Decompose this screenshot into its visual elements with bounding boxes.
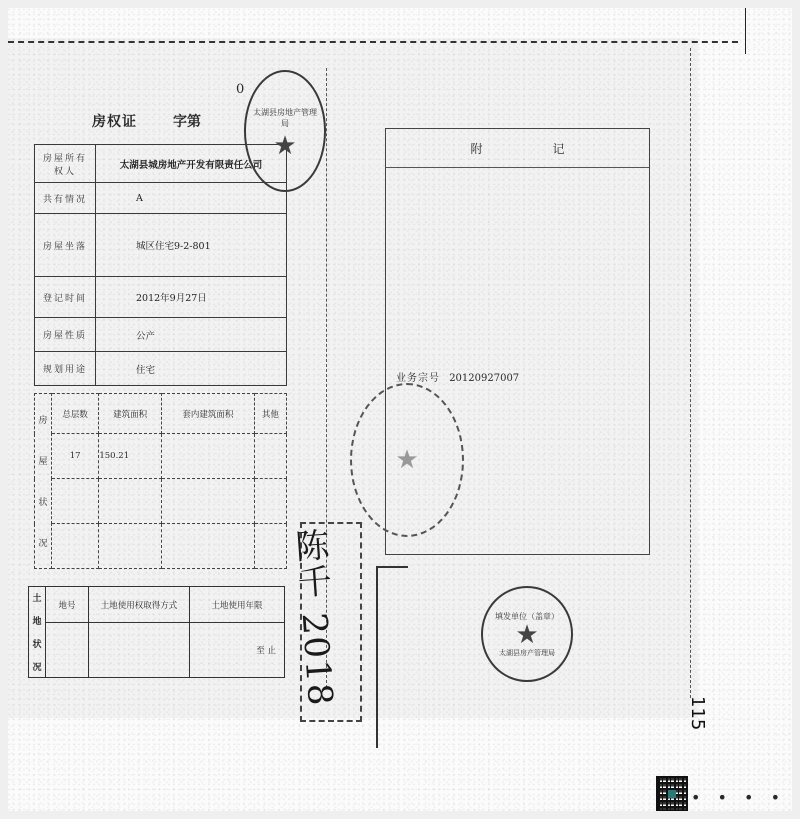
table-row: 房屋坐落 城区住宅9-2-801 [35,214,287,277]
cut-line [8,41,738,43]
property-info-table: 房屋所有权人 太湖县城房地产开发有限责任公司 共有情况 A 房屋坐落 城区住宅9… [34,144,287,386]
field-label: 共有情况 [35,183,96,214]
business-serial: 业务宗号 20120927007 [396,369,519,384]
column-header: 地号 [46,587,89,623]
notes-title-right: 记 [553,140,565,157]
house-status-table: 房 屋 状 况 总层数 建筑面积 套内建筑面积 其他 17 150.21 [34,393,287,569]
right-fold-line [690,48,691,698]
issuing-unit-seal: 填发单位（盖章） ★ 太湖县房产管理局 [481,586,573,682]
acquisition-method-value [89,623,190,678]
corner-mark: 0 [236,82,244,97]
property-nature-value: 公产 [96,318,287,352]
table-row: 登记时间 2012年9月27日 [35,277,287,318]
certificate-number-label: 字第 [173,111,201,131]
page-number: 115 [687,696,708,730]
field-label: 登记时间 [35,277,96,318]
co-ownership-value: A [96,183,287,214]
table-row: 房 屋 状 况 总层数 建筑面积 套内建筑面积 其他 [35,394,287,434]
column-header: 套内建筑面积 [161,394,254,434]
land-status-table: 土 地 状 况 地号 土地使用权取得方式 土地使用年限 至 止 [28,586,285,678]
bracket-mark [376,566,408,748]
more-dots[interactable]: • • • • • •• [691,788,792,811]
column-header: 土地使用年限 [190,587,285,623]
notes-title-left: 附 [470,140,482,157]
planned-use-value: 住宅 [96,352,287,386]
table-row: 规划用途 住宅 [35,352,287,386]
notes-header: 附 记 [386,129,649,168]
fold-mark [745,8,746,54]
table-row: 房屋性质 公产 [35,318,287,352]
qr-center [668,790,676,798]
official-seal-top: 太湖县房地产管理局 ★ [244,70,326,192]
certificate-title: 房权证 [92,111,137,131]
field-label: 房屋所有权人 [35,145,96,183]
inner-area-value [161,434,254,479]
star-icon: ★ [395,447,418,473]
column-header: 土地使用权取得方式 [89,587,190,623]
field-label: 房屋坐落 [35,214,96,277]
field-label: 房屋性质 [35,318,96,352]
house-status-side-label: 房 屋 状 况 [35,394,52,569]
faded-seal: ★ [350,383,464,537]
floors-value: 17 [52,434,99,479]
land-term-value: 至 止 [190,623,285,678]
table-row: 至 止 [29,623,285,678]
location-value: 城区住宅9-2-801 [96,214,287,277]
scanned-page: 0 房权证 字第 房屋所有权人 太湖县城房地产开发有限责任公司 共有情况 A 房… [8,8,792,811]
table-row: 17 150.21 [35,434,287,479]
field-label: 规划用途 [35,352,96,386]
column-header: 建筑面积 [99,394,162,434]
table-row: 共有情况 A [35,183,287,214]
star-icon: ★ [515,622,538,648]
registration-date-value: 2012年9月27日 [96,277,287,318]
qr-code-icon[interactable] [656,776,688,811]
serial-value: 20120927007 [449,373,519,384]
column-header: 总层数 [52,394,99,434]
table-row [35,524,287,569]
building-area-value: 150.21 [99,434,162,479]
table-row [35,479,287,524]
table-row: 土 地 状 况 地号 土地使用权取得方式 土地使用年限 [29,587,285,623]
column-header: 其他 [254,394,286,434]
other-value [254,434,286,479]
land-number-value [46,623,89,678]
star-icon: ★ [273,133,296,159]
land-status-side-label: 土 地 状 况 [29,587,46,678]
